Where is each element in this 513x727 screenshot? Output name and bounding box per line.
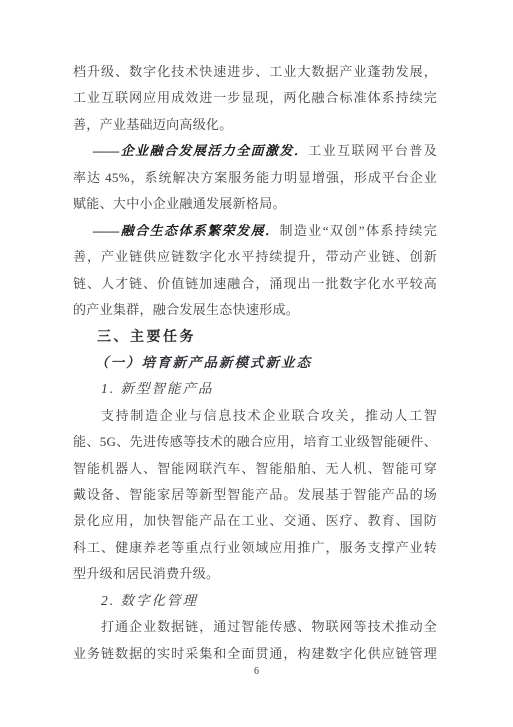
body-text-line: ——融合生态体系繁荣发展．制造业“双创”体系持续完: [73, 218, 437, 244]
body-text-line: 支持制造企业与信息技术企业联合攻关，推动人工智: [73, 403, 437, 429]
body-text-line: 赋能、大中小企业融通发展新格局。: [73, 191, 437, 217]
body-text-line: 档升级、数字化技术快速进步、工业大数据产业蓬勃发展，: [73, 59, 437, 85]
item-heading-digital-management: 2. 数字化管理: [73, 588, 437, 614]
body-text-line: 智能机器人、智能网联汽车、智能船舶、无人机、智能可穿: [73, 456, 437, 482]
emphasis-lead: ——融合生态体系繁荣发展．: [93, 223, 279, 238]
body-text-line: 科工、健康养老等重点行业领域应用推广，服务支撑产业转: [73, 535, 437, 561]
document-text-block: 档升级、数字化技术快速进步、工业大数据产业蓬勃发展， 工业互联网应用成效进一步显…: [73, 59, 437, 667]
body-text-segment: 制造业“双创”体系持续完: [279, 223, 437, 238]
section-heading-main-tasks: 三、主要任务: [73, 323, 437, 349]
item-heading-smart-products: 1. 新型智能产品: [73, 376, 437, 402]
body-text-line: 工业互联网应用成效进一步显现，两化融合标准体系持续完: [73, 85, 437, 111]
body-text-line: 戴设备、智能家居等新型智能产品。发展基于智能产品的场: [73, 482, 437, 508]
body-text-line: 的产业集群，融合发展生态快速形成。: [73, 297, 437, 323]
body-text-segment: 工业互联网平台普及: [308, 143, 437, 158]
document-page: 档升级、数字化技术快速进步、工业大数据产业蓬勃发展， 工业互联网应用成效进一步显…: [0, 0, 513, 727]
body-text-line: 打通企业数据链，通过智能传感、物联网等技术推动全: [73, 614, 437, 640]
body-text-line: 景化应用，加快智能产品在工业、交通、医疗、教育、国防: [73, 508, 437, 534]
body-text-line: 率达 45%，系统解决方案服务能力明显增强，形成平台企业: [73, 165, 437, 191]
body-text-line: 链、人才链、价值链加速融合，涌现出一批数字化水平较高: [73, 271, 437, 297]
body-text-line: 型升级和居民消费升级。: [73, 561, 437, 587]
body-text-line: 能、5G、先进传感等技术的融合应用，培育工业级智能硬件、: [73, 429, 437, 455]
body-text-line: 善，产业链供应链数字化水平持续提升，带动产业链、创新: [73, 244, 437, 270]
page-number: 6: [0, 666, 513, 677]
emphasis-lead: ——企业融合发展活力全面激发．: [93, 143, 308, 158]
subsection-heading-new-products: （一）培育新产品新模式新业态: [73, 350, 437, 376]
body-text-line: 善，产业基础迈向高级化。: [73, 112, 437, 138]
body-text-line: ——企业融合发展活力全面激发．工业互联网平台普及: [73, 138, 437, 164]
body-text-line: 业务链数据的实时采集和全面贯通，构建数字化供应链管理: [73, 641, 437, 667]
